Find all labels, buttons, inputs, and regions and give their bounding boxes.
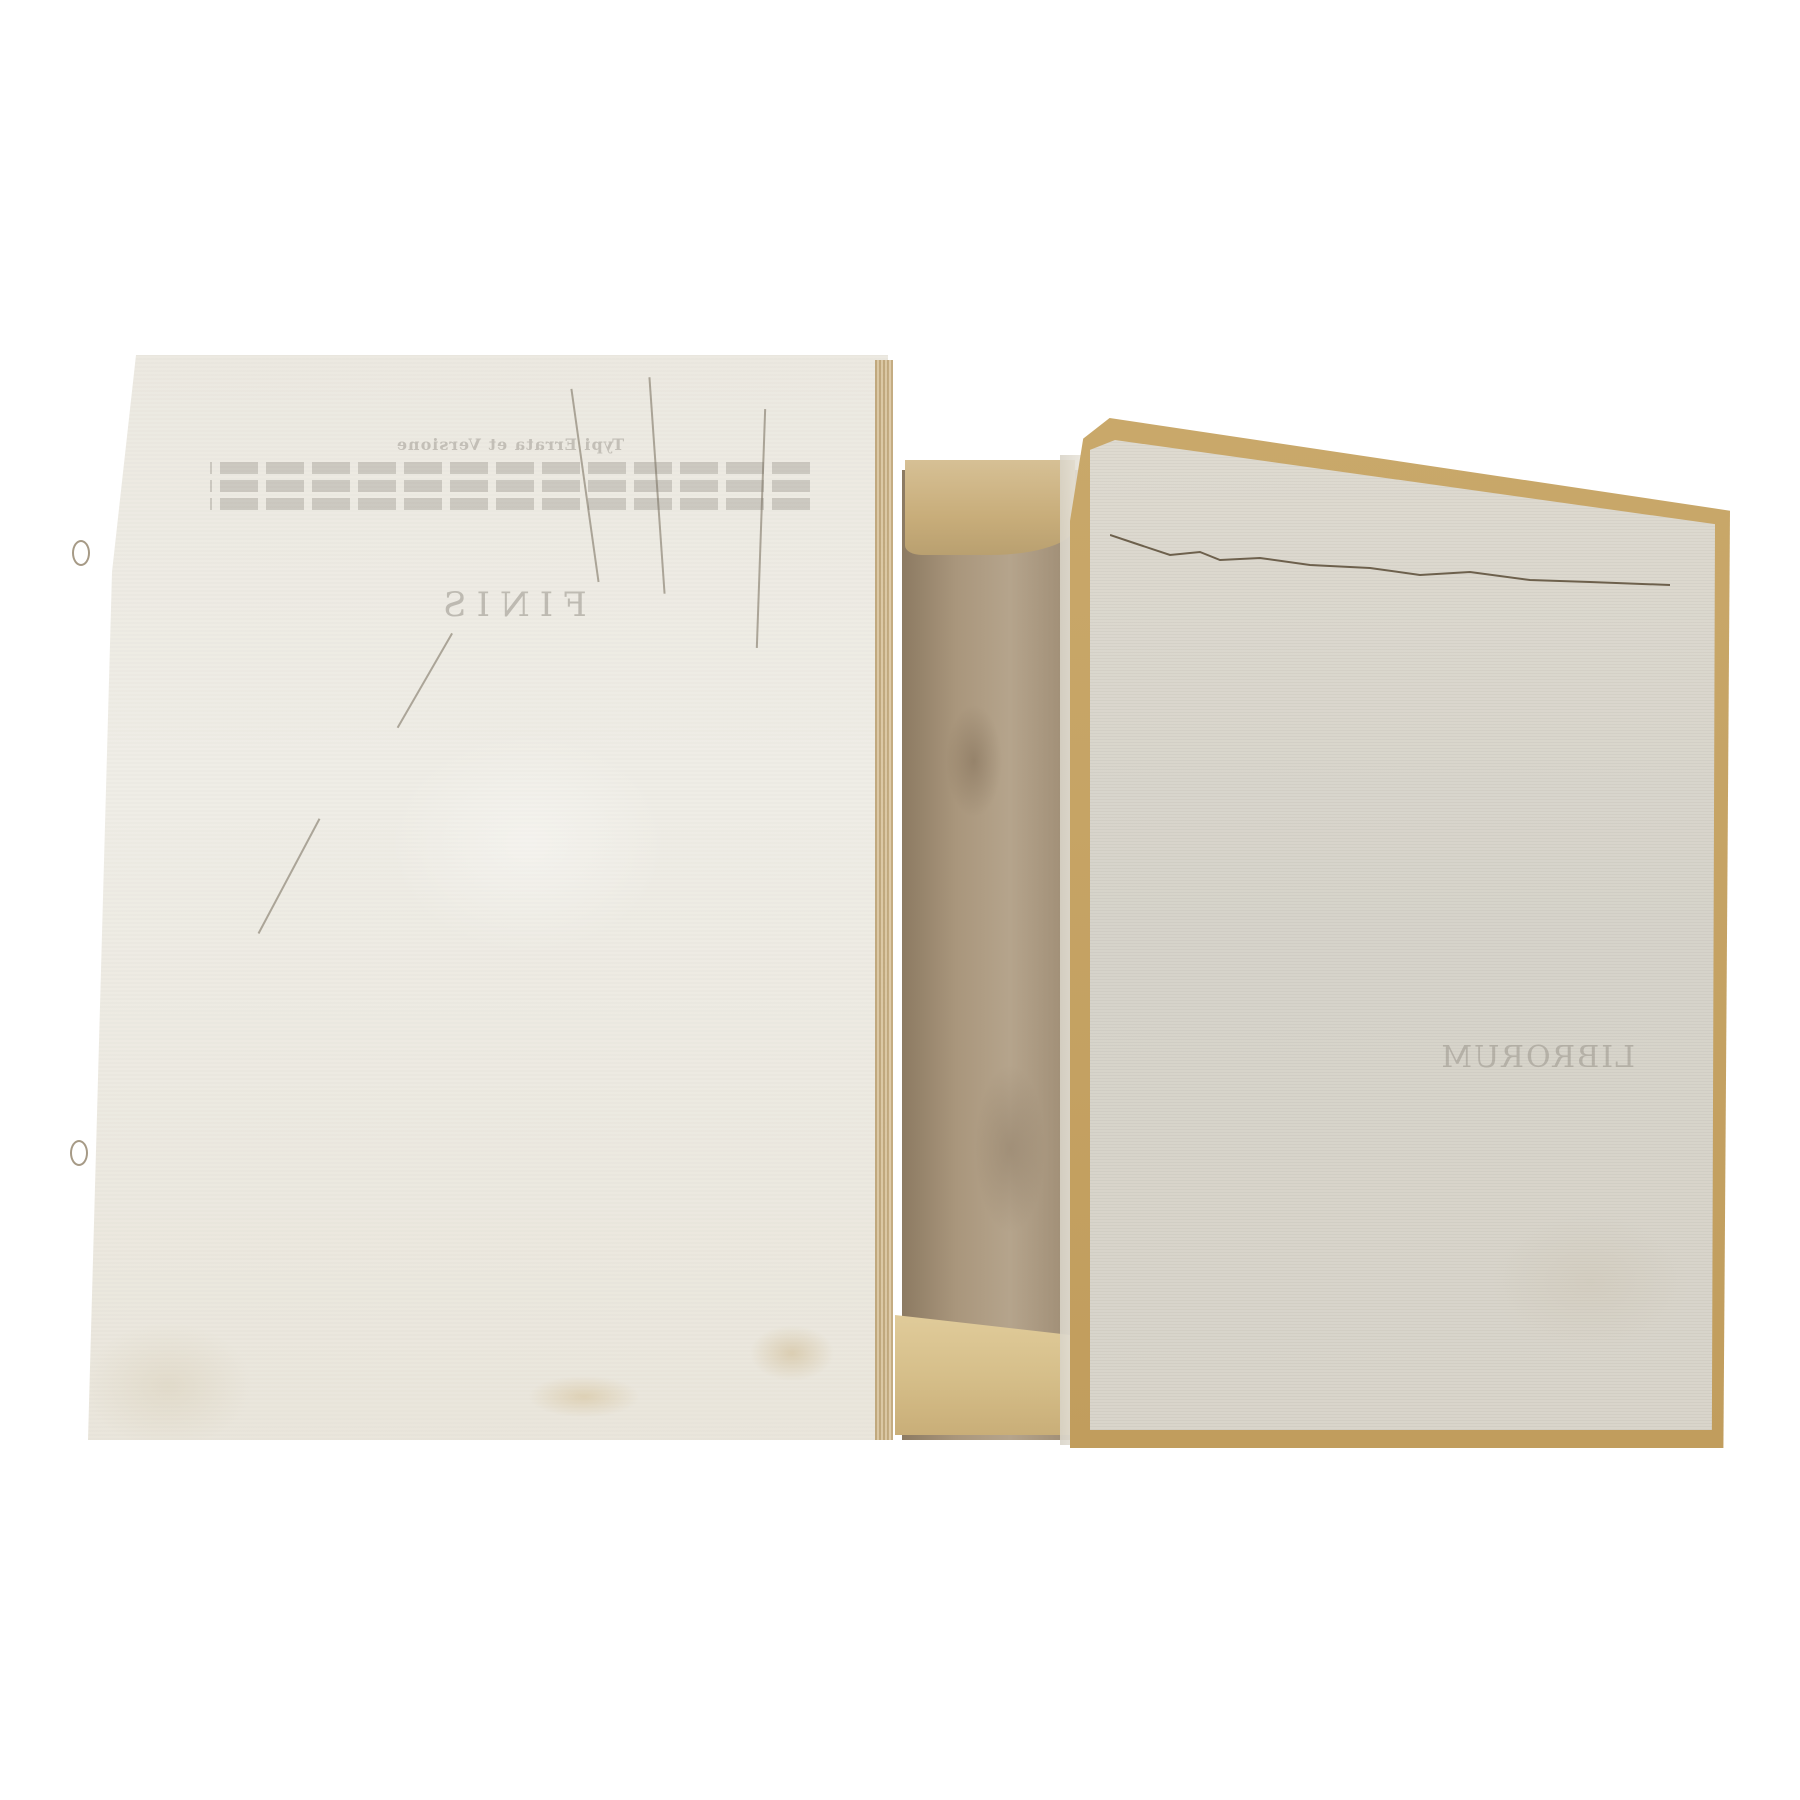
finis-text: FINIS xyxy=(400,585,620,625)
offset-text: LIBRORUM xyxy=(1335,1040,1635,1075)
left-page xyxy=(88,355,888,1440)
tie-string-top xyxy=(72,540,90,566)
pastedown-crack xyxy=(1110,530,1670,590)
spine-gutter xyxy=(902,470,1082,1440)
gutter-top-flap xyxy=(905,460,1075,555)
book-photo: Typi Errata et Versione FINIS LIBRORUM xyxy=(0,0,1800,1800)
tie-string-bottom xyxy=(70,1140,88,1166)
show-through-heading: Typi Errata et Versione xyxy=(210,435,810,454)
page-edges xyxy=(875,360,893,1440)
mirrored-show-through-text: Typi Errata et Versione xyxy=(210,435,810,516)
